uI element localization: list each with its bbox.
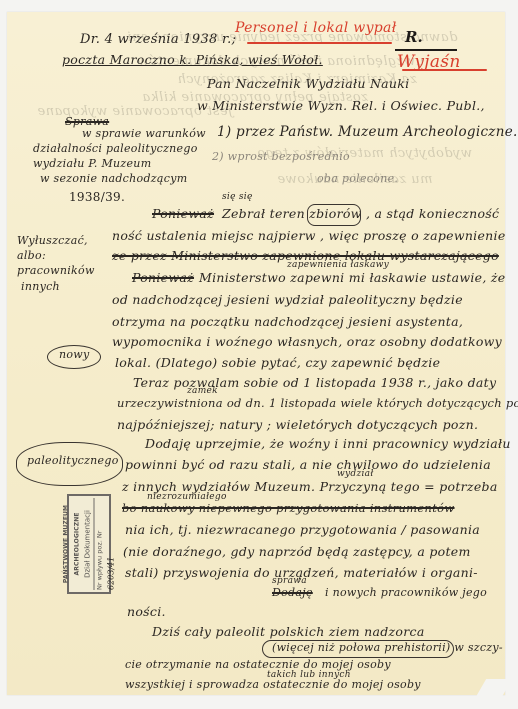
initial-underline — [395, 49, 457, 51]
body-line: (nie doraźnego, gdy naprzód będą zastępc… — [123, 544, 471, 559]
stamp-department: Dział Dokumentacji — [83, 498, 94, 590]
body-line: ność ustalenia miejsc najpierw , więc pr… — [112, 228, 506, 243]
subject-year: 1938/39. — [69, 190, 125, 204]
body-line: nia ich, tj. niezwracanego przygotowania… — [125, 522, 480, 537]
red-underline — [247, 42, 392, 44]
initial-mark: R. — [405, 28, 423, 46]
margin-note-line: Wyłuszczać, — [17, 234, 88, 247]
body-line-struck: bo naukowy niepewnego przygotowania inst… — [122, 501, 455, 515]
body-line: wypomocnika i woźnego własnych, oraz oso… — [112, 334, 502, 349]
body-line: ności. — [127, 604, 166, 619]
insert-above: sprawa — [272, 576, 307, 586]
subject-line-1: w sprawie warunków — [82, 127, 206, 140]
body-line: otrzyma na początku nadchodzącej jesieni… — [112, 314, 463, 329]
stamp-institution: PAŃSTWOWE MUZEUM ARCHEOLOGICZNE — [61, 498, 83, 590]
insert-above: zamek — [187, 386, 218, 396]
margin-note-line: albo: — [17, 249, 46, 262]
stamp-entry-label: Nr wpływu poz. Nr 6203/41 — [94, 498, 118, 590]
red-note-personnel: Personel i lokal wypał — [235, 20, 397, 36]
body-line: wszystkiej i sprowadza ostatecznie do mo… — [125, 678, 421, 691]
struck-prefix: Ponieważ — [152, 206, 214, 221]
body-line: lokal. (Dlatego) sobie pytać, czy zapewn… — [115, 355, 440, 370]
margin-note-line: innych — [21, 280, 60, 293]
subject-line-4: w sezonie nadchodzącym — [40, 172, 187, 185]
body-line: Dziś cały paleolit polskich ziem nadzorc… — [152, 624, 425, 639]
document-page: dawno stomowane przez jedynie uczynione … — [7, 12, 505, 695]
body-line: cie otrzymanie na ostatecznie do mojej o… — [125, 658, 391, 671]
addressee-line-2: w Ministerstwie Wyzn. Rel. i Oświec. Pub… — [197, 98, 485, 113]
subject-line-2: działalności paleolitycznego — [33, 142, 198, 155]
struck-prefix: Ponieważ — [132, 270, 194, 285]
addressee-line-5: oba polecone. — [317, 172, 398, 185]
margin-note-nowy: nowy — [59, 348, 90, 361]
insert-above: zapewnienia łaskawy — [287, 260, 389, 270]
body-line: Dodaję uprzejmie, że woźny i inni pracow… — [145, 436, 511, 451]
place-line: poczta Maroczno k. Pińska, wieś Wołoł. — [62, 52, 323, 67]
body-line: i nowych pracowników jego — [325, 586, 487, 599]
insert-above: wydział — [337, 469, 374, 479]
body-line: powinni być od razu stali, a nie chwilow… — [125, 457, 491, 472]
body-line: najpóźniejszej; natury ; wieletórych dot… — [117, 417, 478, 432]
addressee-line-1: Pan Naczelnik Wydziału Nauki — [207, 76, 409, 91]
insert-above: się się — [222, 192, 253, 202]
body-line: (więcej niż połowa prehistorii) w szczy- — [272, 641, 503, 654]
body-line: od nadchodzącej jesieni wydział paleolit… — [112, 292, 463, 307]
margin-note-line: pracowników — [17, 264, 95, 277]
red-underline — [402, 69, 487, 71]
addressee-line-4: 2) wprost bezpośrednio — [212, 150, 350, 163]
date-line: Dr. 4 września 1938 r.; — [80, 32, 236, 47]
archive-stamp: PAŃSTWOWE MUZEUM ARCHEOLOGICZNE Dział Do… — [67, 494, 111, 594]
addressee-line-3: 1) przez Państw. Muzeum Archeologiczne. — [217, 124, 518, 140]
margin-note-paleolitycznego: paleolitycznego — [27, 454, 119, 467]
stamp-number: 6203/41 — [107, 557, 116, 590]
body-line: Ministerstwo zapewni mi łaskawie ustawie… — [199, 270, 505, 285]
subject-line-3: wydziału P. Muzeum — [33, 157, 151, 170]
body-line: urzeczywistniona od dn. 1 listopada wiel… — [117, 396, 518, 410]
word-circle — [307, 204, 361, 226]
struck-prefix: Dodaję — [272, 586, 313, 599]
